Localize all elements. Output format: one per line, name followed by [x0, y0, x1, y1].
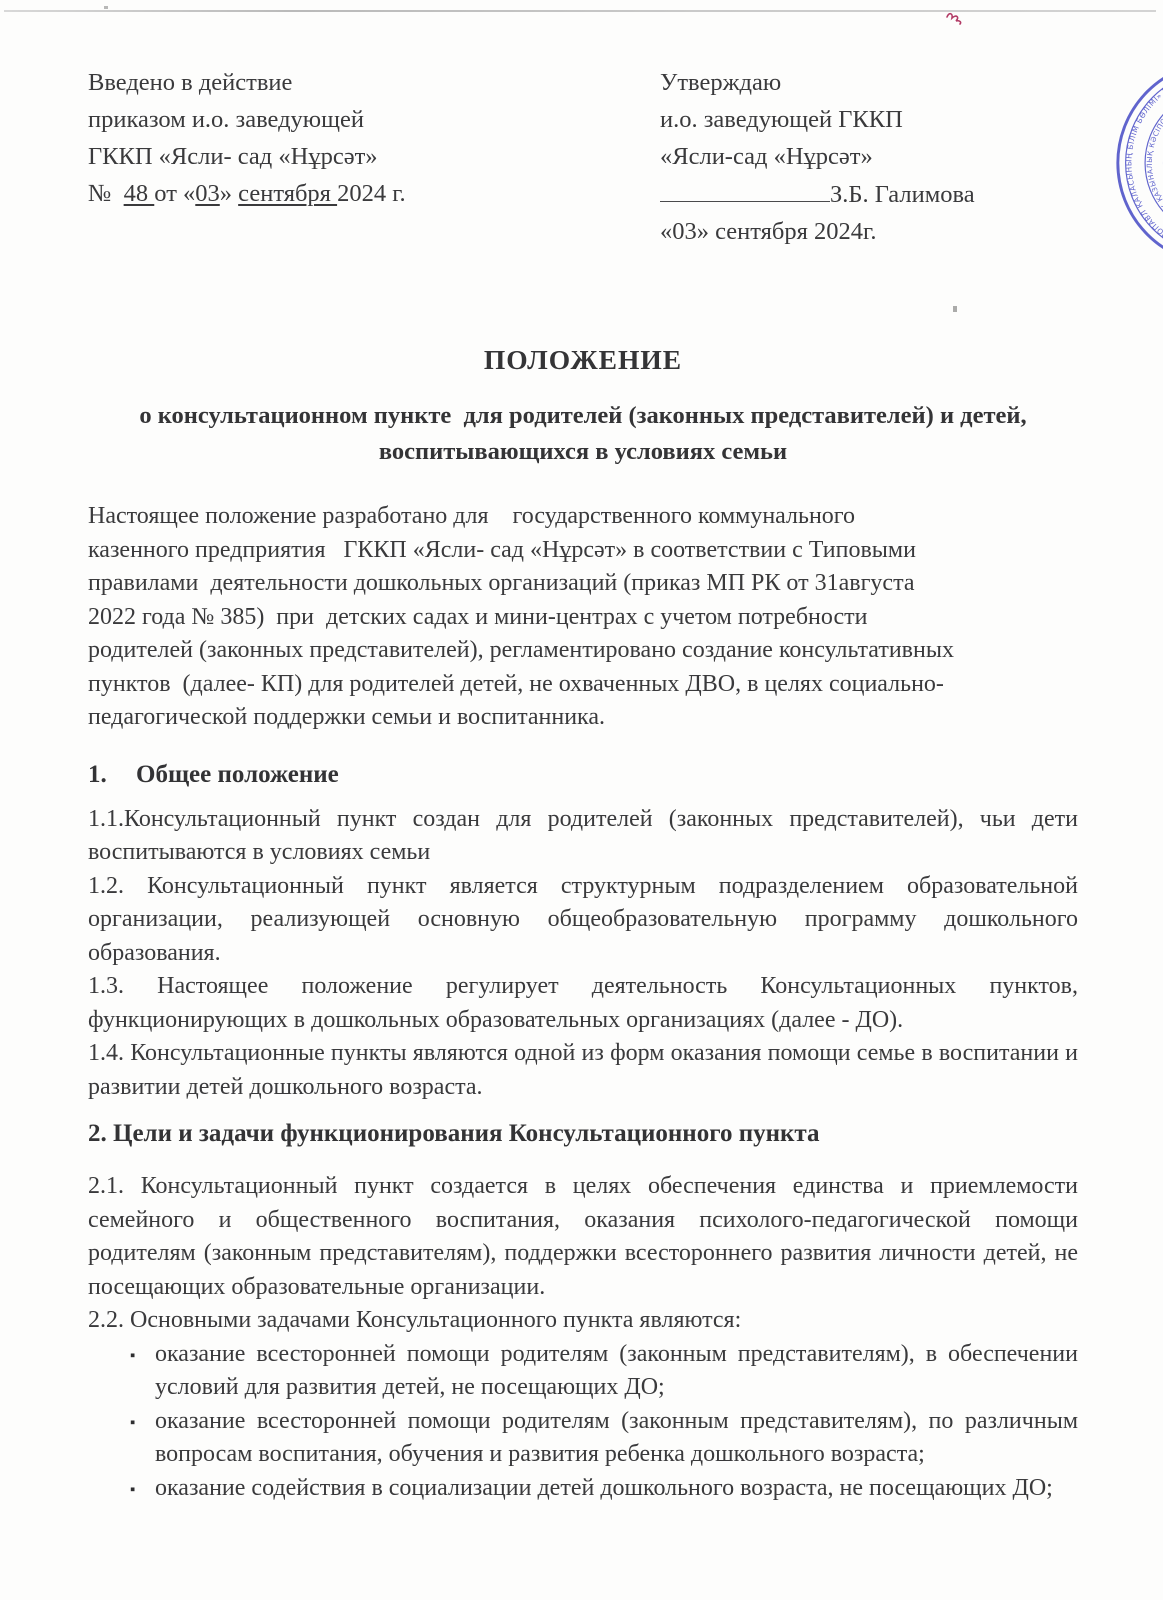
- approval-block-right: Утверждаю и.о. заведующей ГККП «Ясли-сад…: [660, 64, 1090, 250]
- section2-heading: 2. Цели и задачи функционирования Консул…: [88, 1120, 1078, 1148]
- doc-number-segment: сентября: [238, 180, 337, 207]
- approval-date-line: «03» сентября 2024г.: [660, 213, 1090, 250]
- intro-paragraph: Настоящее положение разработано для госу…: [88, 500, 1078, 735]
- section2-body: 2.1. Консультационный пункт создается в …: [88, 1170, 1078, 1338]
- doc-number-segment: 2024 г.: [337, 180, 406, 207]
- paragraph-1-2: 1.2. Консультационный пункт является стр…: [88, 870, 1078, 971]
- square-bullet-icon: ▪: [130, 1474, 135, 1508]
- header-left-line2: приказом и.о. заведующей: [88, 101, 568, 138]
- square-bullet-icon: ▪: [130, 1340, 135, 1374]
- section1-body: 1.1.Консультационный пункт создан для ро…: [88, 803, 1078, 1105]
- signature-line: [660, 175, 830, 202]
- header-right-line3: «Ясли-сад «Нұрсәт»: [660, 138, 1090, 175]
- section1-heading: 1.Общее положение: [88, 761, 1078, 789]
- square-bullet-icon: ▪: [130, 1407, 135, 1441]
- bullet-text-1: оказание всесторонней помощи родителям (…: [155, 1341, 1078, 1401]
- bullet-text-3: оказание содействия в социализации детей…: [155, 1475, 1053, 1501]
- bullet-text-2: оказание всесторонней помощи родителям (…: [155, 1408, 1078, 1468]
- document-page: Введено в действие приказом и.о. заведую…: [0, 0, 1163, 1505]
- list-item: ▪оказание всесторонней помощи родителям …: [88, 1338, 1078, 1405]
- document-header: Введено в действие приказом и.о. заведую…: [88, 64, 1078, 260]
- section1-title: Общее положение: [136, 761, 339, 788]
- paragraph-1-4: 1.4. Консультационные пункты являются од…: [88, 1037, 1078, 1104]
- paragraph-1-3: 1.3. Настоящее положение регулирует деят…: [88, 970, 1078, 1037]
- doc-number-segment: от «: [154, 180, 195, 207]
- list-item: ▪оказание всесторонней помощи родителям …: [88, 1405, 1078, 1472]
- paragraph-1-1: 1.1.Консультационный пункт создан для ро…: [88, 803, 1078, 870]
- section1-number: 1.: [88, 761, 136, 789]
- paragraph-2-2: 2.2. Основными задачами Консультационног…: [88, 1304, 1078, 1338]
- document-title: ПОЛОЖЕНИЕ: [88, 344, 1078, 376]
- doc-number-segment: №: [88, 180, 124, 207]
- approval-block-left: Введено в действие приказом и.о. заведую…: [88, 64, 568, 212]
- doc-number-segment: 03: [195, 180, 220, 207]
- doc-number-segment: »: [220, 180, 238, 207]
- header-right-line2: и.о. заведующей ГККП: [660, 101, 1090, 138]
- document-subtitle: о консультационном пункте для родителей …: [88, 398, 1078, 470]
- official-round-stamp: • СОЛТҮСТІК ҚАЗАҚСТАН ОБЛЫСЫ ӘКІМДІГІНІҢ…: [1112, 56, 1163, 270]
- signature-row: З.Б. Галимова: [660, 175, 1090, 213]
- signatory-name: З.Б. Галимова: [830, 181, 975, 208]
- order-number-line: № 48 от «03» сентября 2024 г.: [88, 175, 568, 212]
- paragraph-2-1: 2.1. Консультационный пункт создается в …: [88, 1170, 1078, 1304]
- tasks-bullet-list: ▪оказание всесторонней помощи родителям …: [88, 1338, 1078, 1506]
- header-left-line1: Введено в действие: [88, 64, 568, 101]
- list-item: ▪оказание содействия в социализации дете…: [88, 1472, 1078, 1506]
- doc-number-segment: 48: [124, 180, 155, 207]
- header-right-line1: Утверждаю: [660, 64, 1090, 101]
- header-left-line3: ГККП «Ясли- сад «Нұрсәт»: [88, 138, 568, 175]
